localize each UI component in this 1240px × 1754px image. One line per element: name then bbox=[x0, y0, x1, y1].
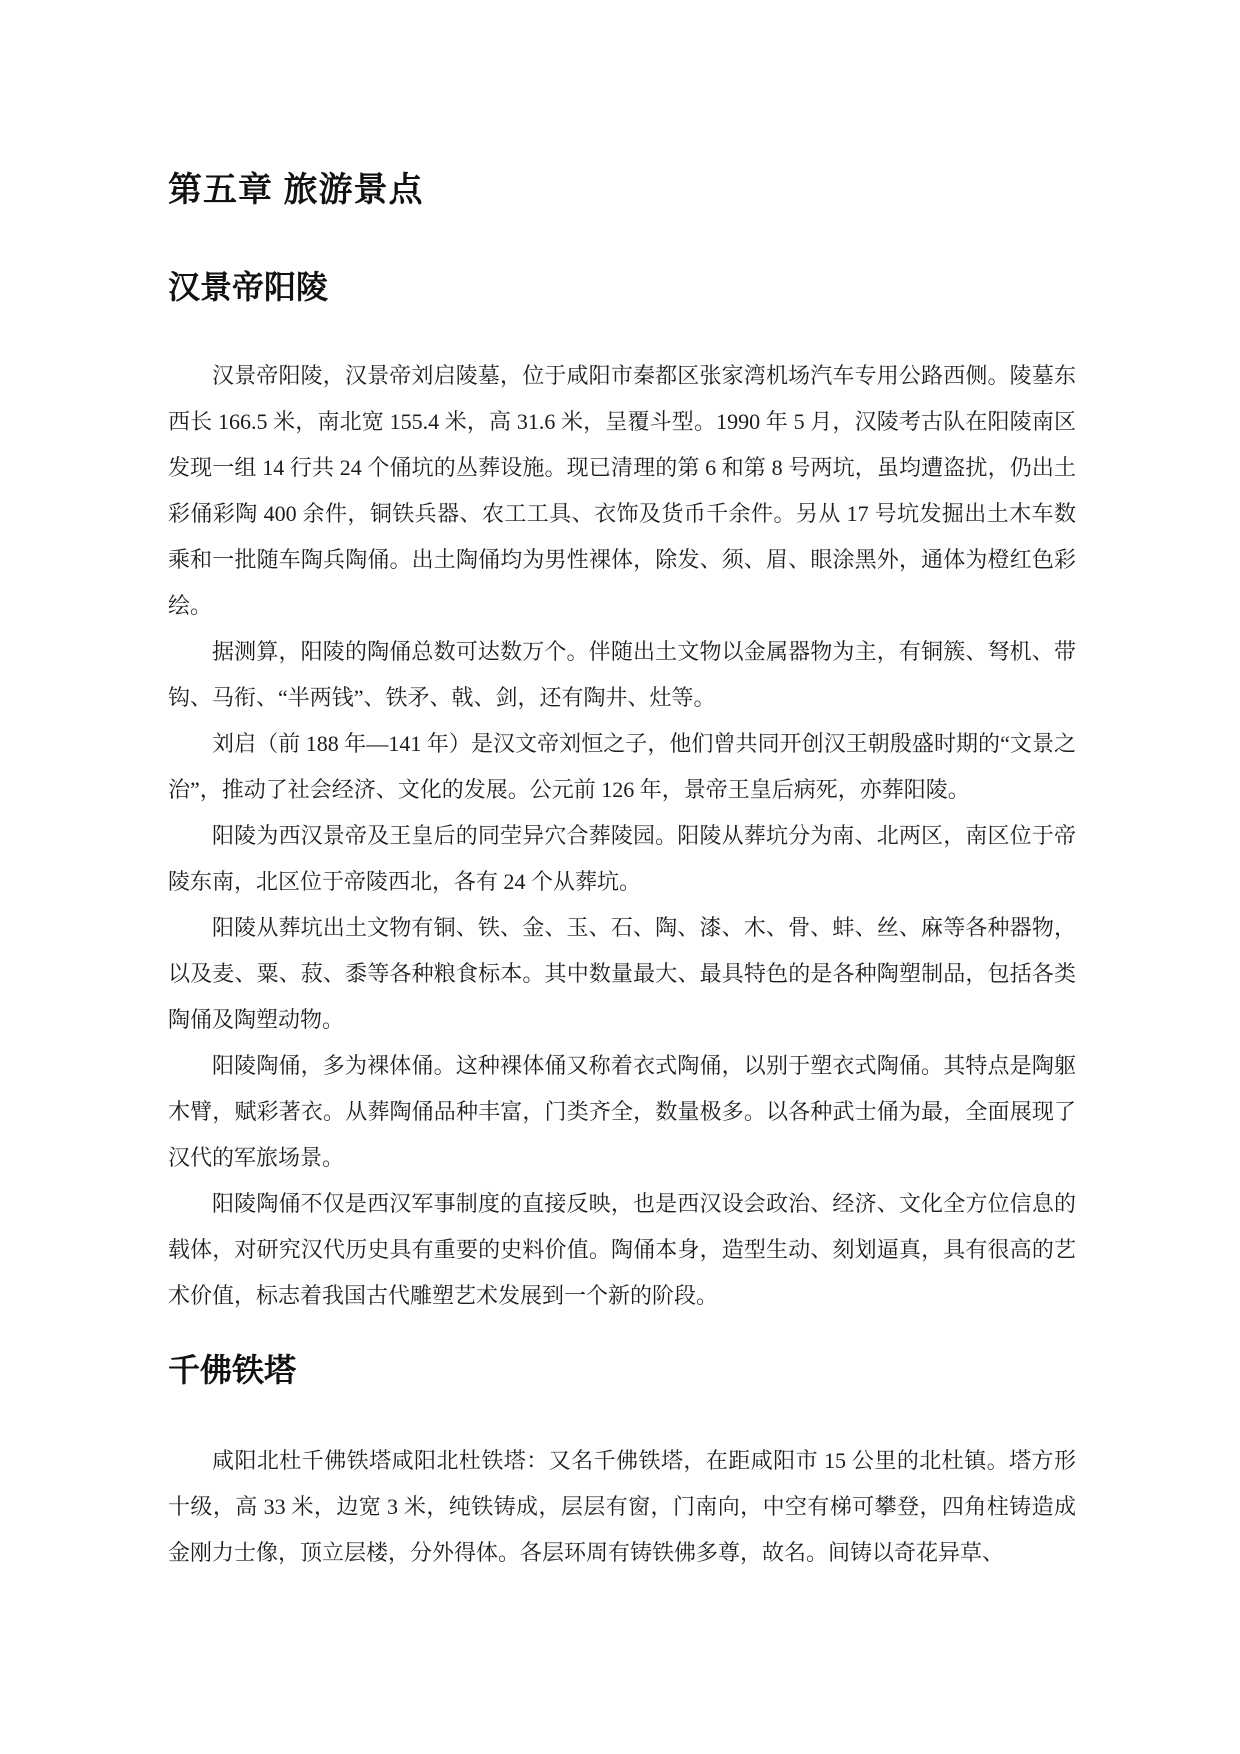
paragraph: 阳陵从葬坑出土文物有铜、铁、金、玉、石、陶、漆、木、骨、蚌、丝、麻等各种器物，以… bbox=[168, 905, 1076, 1043]
paragraph: 刘启（前 188 年—141 年）是汉文帝刘恒之子，他们曾共同开创汉王朝殷盛时期… bbox=[168, 721, 1076, 813]
paragraph: 阳陵为西汉景帝及王皇后的同茔异穴合葬陵园。阳陵从葬坑分为南、北两区，南区位于帝陵… bbox=[168, 813, 1076, 905]
document-page: 第五章 旅游景点 汉景帝阳陵 汉景帝阳陵，汉景帝刘启陵墓，位于咸阳市秦都区张家湾… bbox=[0, 0, 1240, 1754]
section-heading-qianfo-tieta: 千佛铁塔 bbox=[168, 1349, 1076, 1392]
paragraph: 阳陵陶俑不仅是西汉军事制度的直接反映，也是西汉设会政治、经济、文化全方位信息的载… bbox=[168, 1181, 1076, 1319]
text-column: 第五章 旅游景点 汉景帝阳陵 汉景帝阳陵，汉景帝刘启陵墓，位于咸阳市秦都区张家湾… bbox=[168, 168, 1076, 1576]
section-qianfo-tieta: 千佛铁塔 咸阳北杜千佛铁塔咸阳北杜铁塔：又名千佛铁塔，在距咸阳市 15 公里的北… bbox=[168, 1349, 1076, 1576]
paragraph: 汉景帝阳陵，汉景帝刘启陵墓，位于咸阳市秦都区张家湾机场汽车专用公路西侧。陵墓东西… bbox=[168, 353, 1076, 629]
section-hanjingdi-yangling: 汉景帝阳陵 汉景帝阳陵，汉景帝刘启陵墓，位于咸阳市秦都区张家湾机场汽车专用公路西… bbox=[168, 266, 1076, 1319]
section-body: 咸阳北杜千佛铁塔咸阳北杜铁塔：又名千佛铁塔，在距咸阳市 15 公里的北杜镇。塔方… bbox=[168, 1438, 1076, 1576]
chapter-title: 第五章 旅游景点 bbox=[168, 168, 1076, 212]
paragraph: 据测算，阳陵的陶俑总数可达数万个。伴随出土文物以金属器物为主，有铜簇、弩机、带钩… bbox=[168, 629, 1076, 721]
section-heading-hanjingdi-yangling: 汉景帝阳陵 bbox=[168, 266, 1076, 309]
section-body: 汉景帝阳陵，汉景帝刘启陵墓，位于咸阳市秦都区张家湾机场汽车专用公路西侧。陵墓东西… bbox=[168, 353, 1076, 1319]
paragraph: 咸阳北杜千佛铁塔咸阳北杜铁塔：又名千佛铁塔，在距咸阳市 15 公里的北杜镇。塔方… bbox=[168, 1438, 1076, 1576]
paragraph: 阳陵陶俑，多为裸体俑。这种裸体俑又称着衣式陶俑，以别于塑衣式陶俑。其特点是陶躯木… bbox=[168, 1043, 1076, 1181]
